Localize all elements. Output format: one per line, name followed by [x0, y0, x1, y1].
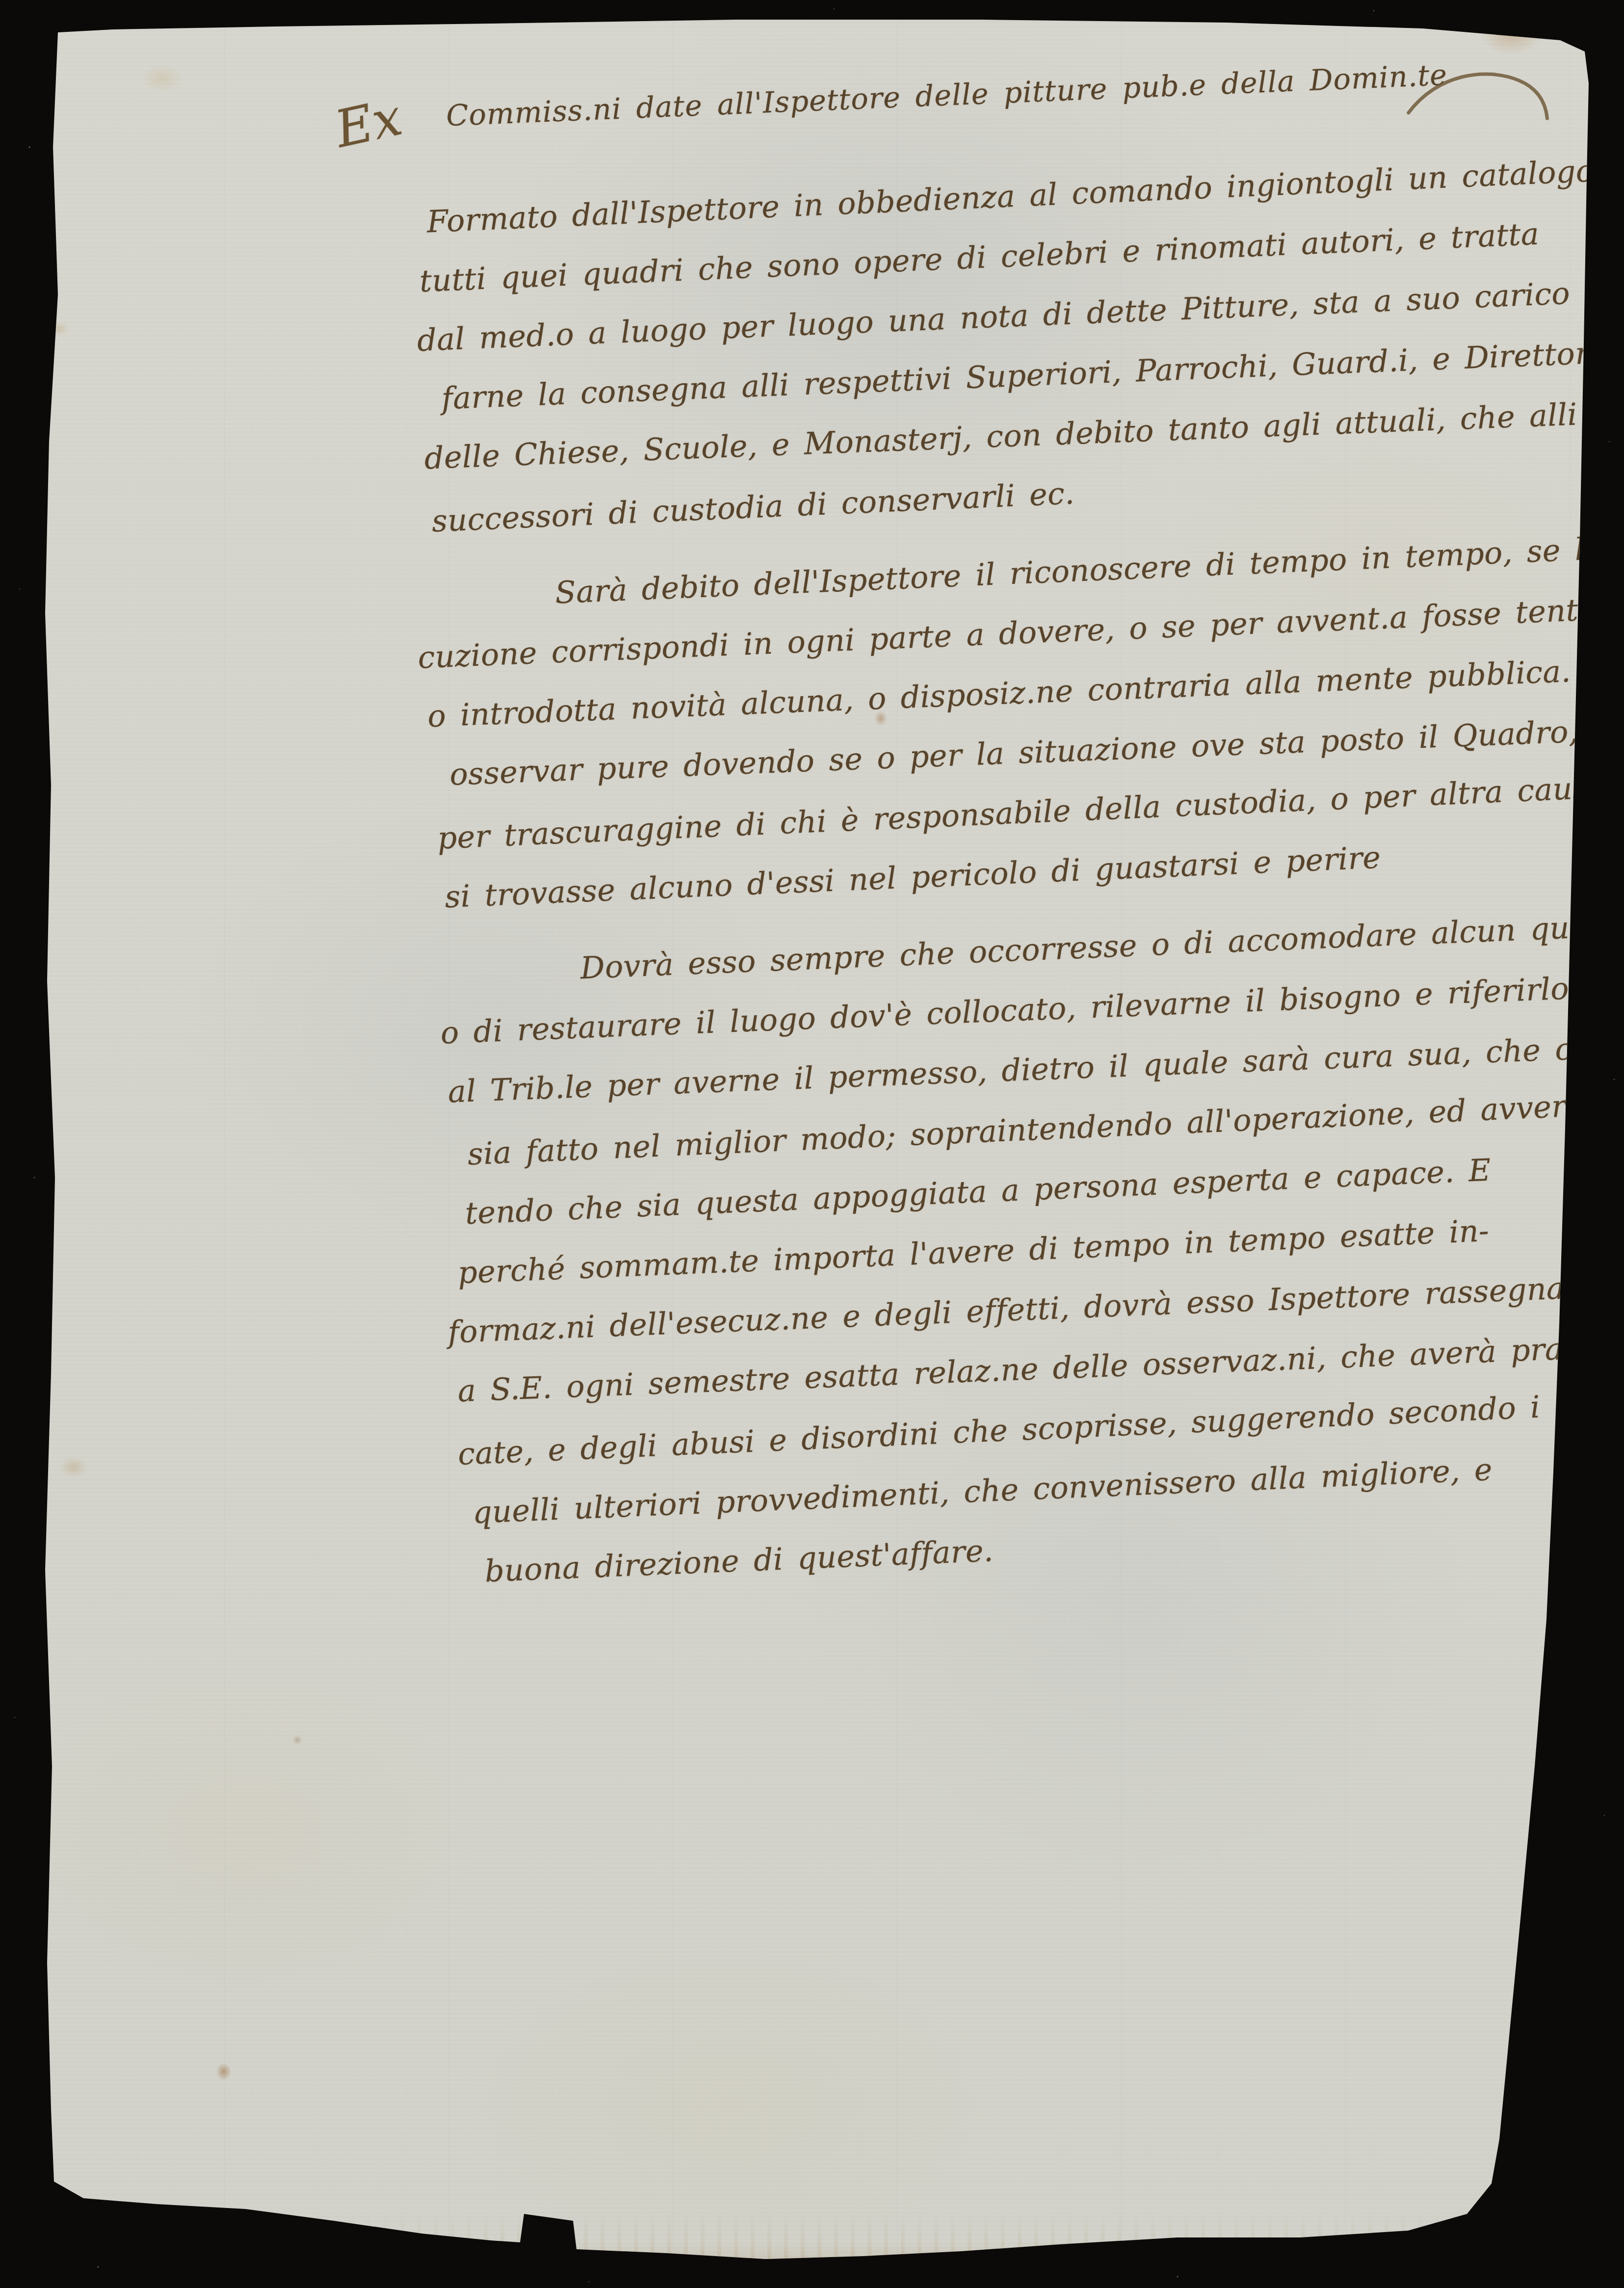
torn-bottom-edge	[0, 2214, 1624, 2288]
manuscript-text: Ex Commiss.ni date all'Ispettore delle p…	[402, 52, 1624, 1605]
paragraphs-container: Formato dall'Ispettore in obbedienza al …	[406, 146, 1624, 1605]
photograph-background: Ex Commiss.ni date all'Ispettore delle p…	[0, 0, 1624, 2288]
title-flourish	[1403, 60, 1553, 140]
manuscript-page: Ex Commiss.ni date all'Ispettore delle p…	[0, 0, 1624, 2288]
